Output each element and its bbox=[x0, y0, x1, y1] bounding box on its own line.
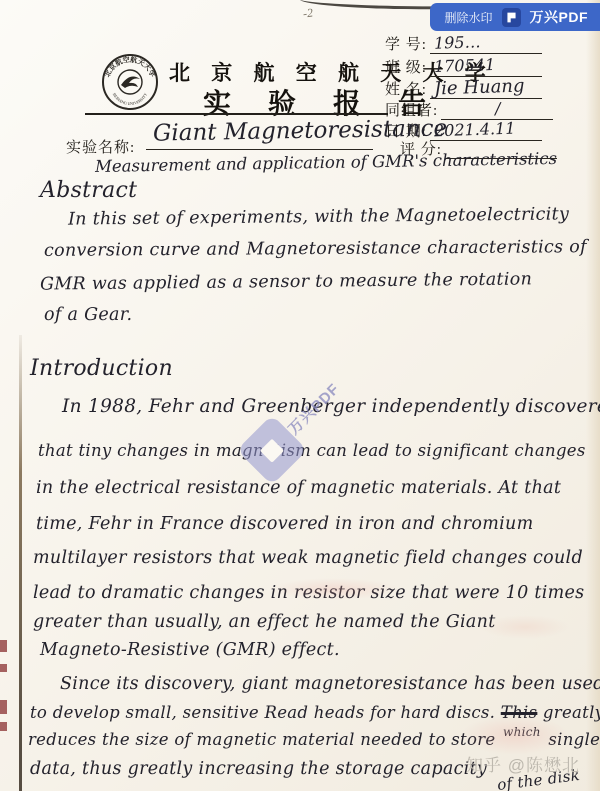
pencil-page-number: -2 bbox=[302, 5, 314, 21]
inserted-word: which bbox=[503, 725, 541, 739]
field-value: Jie Huang bbox=[430, 75, 527, 99]
intro-line-part: greatly bbox=[543, 703, 600, 722]
field-label: 姓 名: bbox=[385, 78, 427, 99]
form-field-name: 姓 名: Jie Huang bbox=[385, 77, 542, 99]
scan-red-mark bbox=[0, 722, 7, 731]
intro-line: Since its discovery, giant magnetoresist… bbox=[60, 674, 600, 694]
experiment-subtitle: Measurement and application of GMR's cha… bbox=[95, 149, 557, 176]
scan-red-mark bbox=[0, 664, 7, 672]
intro-line: time, Fehr in France discovered in iron … bbox=[36, 514, 534, 534]
university-seal: 北京航空航天大学 BEIHANG UNIVERSITY bbox=[100, 52, 160, 112]
field-value: 170541 bbox=[430, 55, 498, 76]
intro-line: in the electrical resistance of magnetic… bbox=[36, 478, 561, 498]
field-value: 195… bbox=[430, 32, 483, 53]
remove-watermark-button[interactable]: 删除水印 bbox=[444, 9, 492, 26]
experiment-title: Giant Magnetoresistance bbox=[153, 115, 448, 146]
seal-emblem bbox=[121, 77, 140, 88]
experiment-name-label: 实验名称: bbox=[66, 136, 135, 157]
flag-glyph-icon bbox=[505, 11, 518, 24]
abstract-line: of a Gear. bbox=[44, 305, 132, 325]
intro-line: lead to dramatic changes in resistor siz… bbox=[33, 583, 584, 603]
intro-line: multilayer resistors that weak magnetic … bbox=[33, 548, 583, 568]
scan-red-mark bbox=[0, 700, 7, 714]
pdf-brand-label[interactable]: 万兴PDF bbox=[530, 7, 589, 27]
intro-line: to develop small, sensitive Read heads f… bbox=[30, 703, 600, 722]
header-rule bbox=[85, 113, 388, 115]
intro-line: Magneto-Resistive (GMR) effect. bbox=[40, 640, 340, 660]
page-binding-edge bbox=[19, 335, 22, 791]
scan-red-mark bbox=[0, 640, 7, 652]
form-field-student-id: 学 号: 195… bbox=[385, 33, 542, 54]
abstract-line: conversion curve and Magnetoresistance c… bbox=[44, 237, 587, 261]
wondershare-pdf-logo-icon[interactable] bbox=[502, 8, 521, 27]
field-value: / bbox=[491, 99, 503, 118]
abstract-line: In this set of experiments, with the Mag… bbox=[68, 204, 569, 229]
struck-word: This bbox=[501, 703, 538, 722]
field-label: 学 号: bbox=[385, 33, 427, 54]
intro-line-part: to develop small, sensitive Read heads f… bbox=[30, 703, 495, 722]
field-label: 班 级: bbox=[385, 56, 427, 77]
zhihu-watermark: 知乎 @陈懋北 bbox=[466, 751, 580, 776]
pdf-watermark-toolbar: 删除水印 万兴PDF bbox=[430, 3, 600, 31]
abstract-heading: Abstract bbox=[40, 178, 137, 203]
experiment-title-underline bbox=[146, 149, 373, 150]
intro-line-part: reduces the size of magnetic material ne… bbox=[28, 730, 495, 749]
abstract-line: GMR was applied as a sensor to measure t… bbox=[40, 269, 532, 294]
intro-line: data, thus greatly increasing the storag… bbox=[30, 759, 487, 779]
form-field-class: 班 级: 170541 bbox=[385, 56, 542, 77]
introduction-heading: Introduction bbox=[30, 356, 173, 381]
intro-line: reduces the size of magnetic material ne… bbox=[28, 730, 600, 749]
intro-line: that tiny changes in magnetism can lead … bbox=[38, 441, 586, 460]
intro-line: greater than usually, an effect he named… bbox=[33, 612, 496, 632]
intro-line-part: single-byte bbox=[548, 730, 600, 749]
scanned-report-page: -2 删除水印 万兴PDF 北京航空航天大学 BEIHANG UNIVERSIT… bbox=[0, 0, 600, 791]
seal-top-text: 北京航空航天大学 bbox=[102, 55, 157, 79]
pdf-watermark-logo-hole bbox=[260, 438, 284, 462]
